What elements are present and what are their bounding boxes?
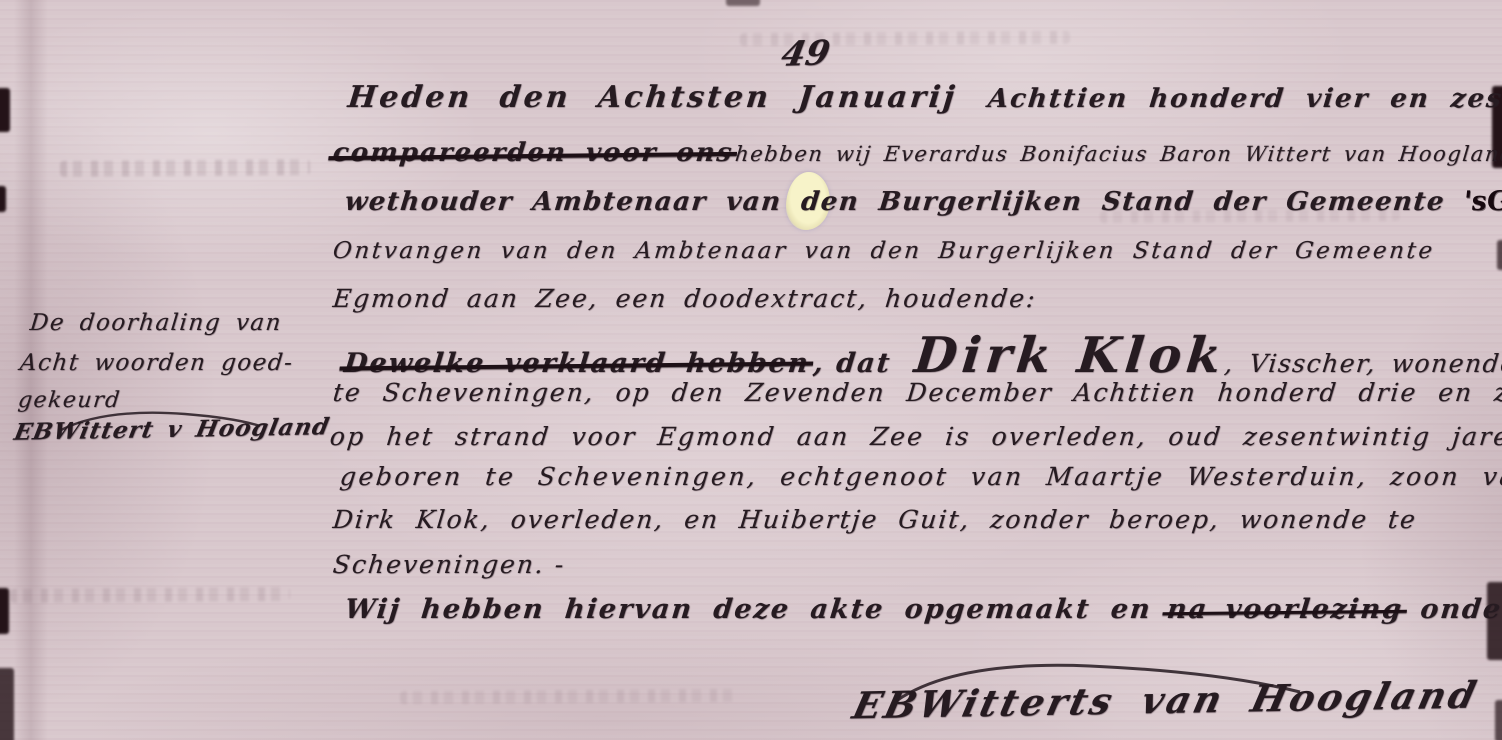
city-name-printed: 'sGravenhage [1462,186,1502,217]
registrar-title-text: wethouder Ambtenaar van den Burgerlijken… [343,187,1446,217]
struck-compareerden: compareerden voor ons [331,138,734,168]
edge-mark [0,88,10,132]
deceased-name: Dirk Klok [912,326,1229,384]
line-officiant: compareerden voor onshebben wij Everardu… [331,138,1502,168]
paper-background: 49 Heden den Achtsten Januarij Achttien … [0,0,1502,740]
margin-note-line2: Acht woorden goed- [19,350,295,376]
officiant-name: hebben wij Everardus Bonifacius Baron Wi… [734,142,1502,166]
closing-text-b: onderteekend. - [1419,594,1502,625]
edge-mark [0,668,14,740]
bleedthrough-ghost [60,159,310,177]
margin-note-line1: De doorhaling van [29,310,284,336]
struck-dewelke: Dewelke verklaard hebben [342,348,811,379]
line-declaration: Dewelke verklaard hebben, dat Dirk Klok,… [342,326,1502,384]
closing-text-a: Wij hebben hiervan deze akte opgemaakt e… [343,594,1153,625]
occupation: , Visscher, wonende [1223,349,1502,378]
dat-word: , dat [812,348,893,379]
line-residence: Scheveningen. - [331,550,566,579]
line-death-place: op het strand voor Egmond aan Zee is ove… [328,422,1502,451]
line-death-date: te Scheveningen, op den Zevenden Decembe… [331,378,1502,407]
act-number: 49 [778,33,833,75]
bleedthrough-ghost [10,587,290,603]
line-registrar-title: wethouder Ambtenaar van den Burgerlijken… [343,186,1502,217]
edge-mark [1497,240,1502,270]
line-opening-date: Heden den Achtsten Januarij [346,80,959,115]
line-extract: Egmond aan Zee, een doodextract, houdend… [331,284,1038,313]
death-certificate-scan: { "document_type": "handwritten death ce… [0,0,1502,740]
bleedthrough-ghost [400,689,740,704]
edge-mark [1495,700,1502,740]
line-year: Achttien honderd vier en zestig, [986,84,1502,114]
edge-mark [726,0,760,6]
edge-mark [0,186,6,212]
line-parents: Dirk Klok, overleden, en Huibertje Guit,… [331,505,1418,534]
line-spouse: geboren te Scheveningen, echtgenoot van … [338,462,1502,491]
struck-voorlezing: na voorlezing [1165,594,1404,625]
line-closing: Wij hebben hiervan deze akte opgemaakt e… [343,594,1502,625]
edge-mark [0,588,9,634]
line-received-from: Ontvangen van den Ambtenaar van den Burg… [332,238,1436,264]
margin-signature: EBWittert v Hoogland [12,413,332,445]
